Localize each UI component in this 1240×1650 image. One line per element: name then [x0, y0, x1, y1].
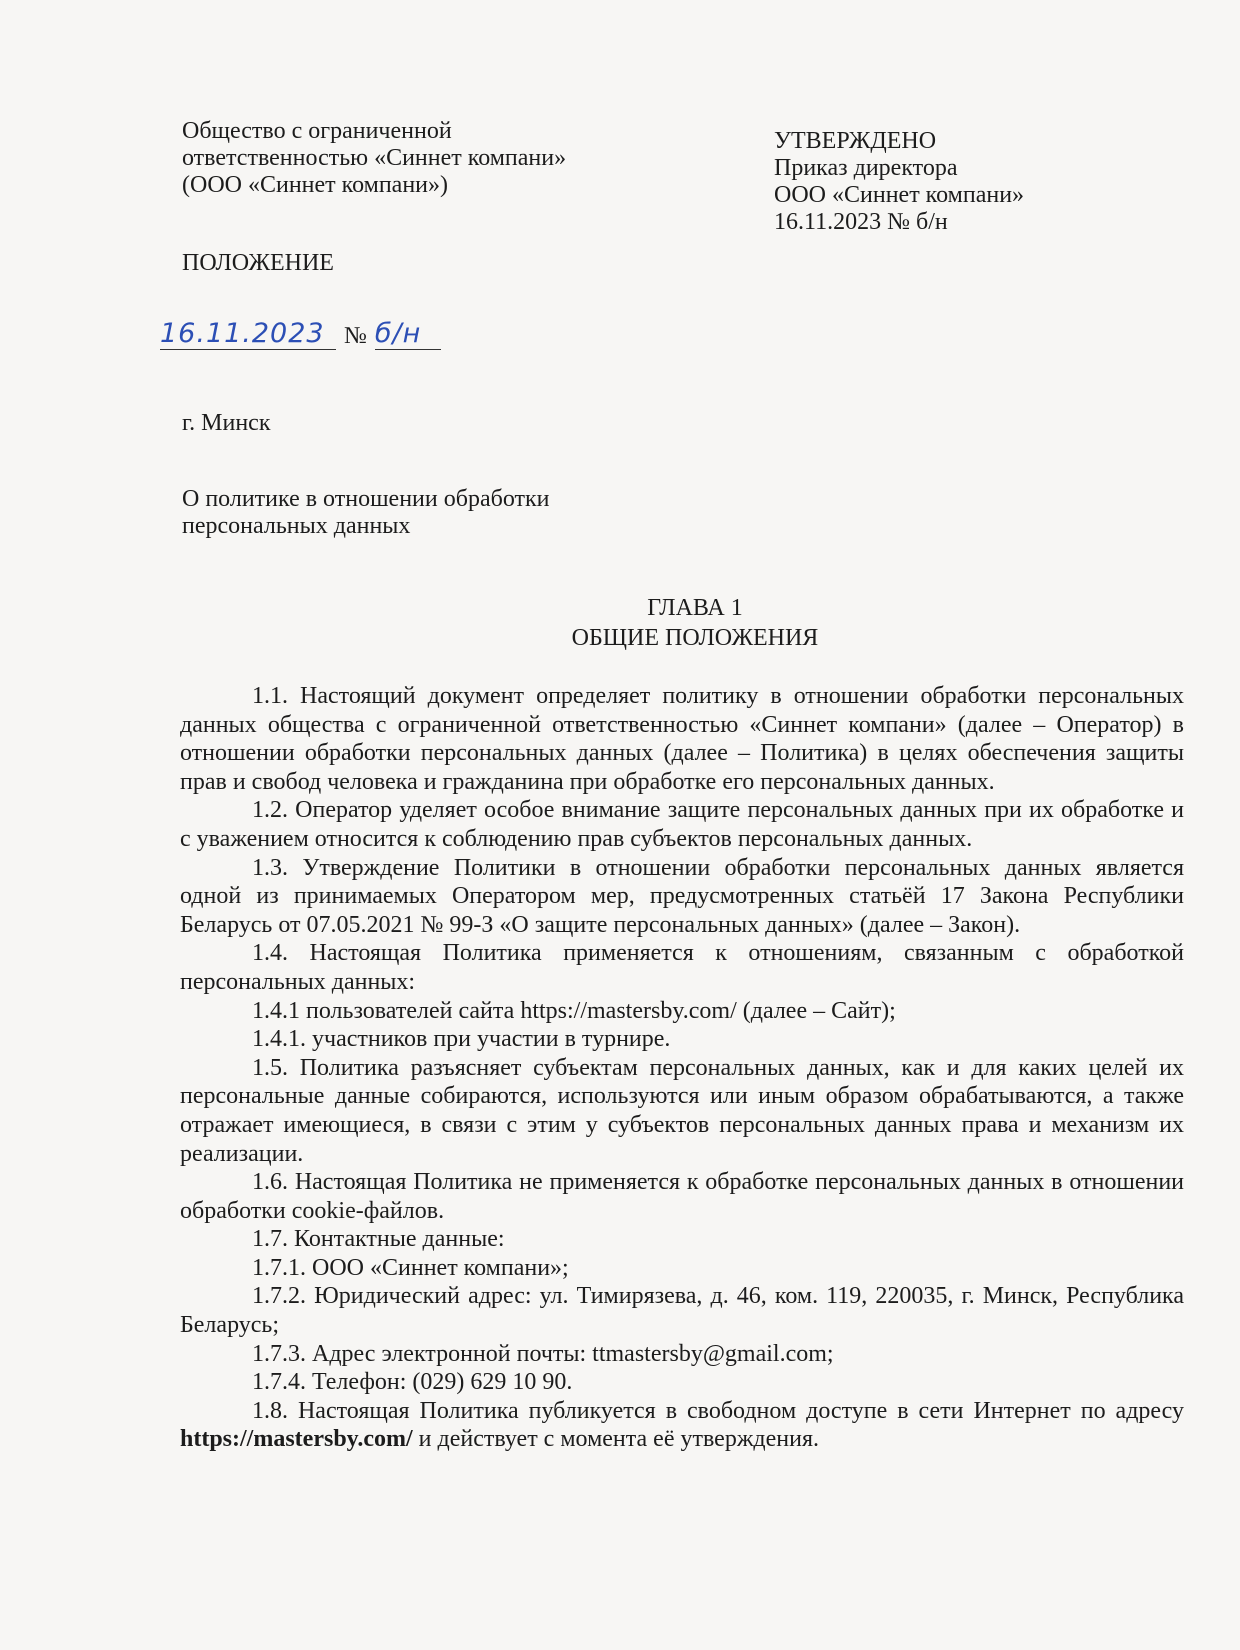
- website-link[interactable]: https://mastersby.com/: [180, 1426, 413, 1452]
- number-symbol: №: [344, 323, 367, 350]
- document-type: ПОЛОЖЕНИЕ: [182, 250, 334, 277]
- paragraph-1-6: 1.6. Настоящая Политика не применяется к…: [180, 1168, 1184, 1225]
- approval-line: УТВЕРЖДЕНО: [774, 128, 1024, 155]
- subject-line: персональных данных: [182, 513, 550, 540]
- paragraph-1-4-1-site-users: 1.4.1 пользователей сайта https://master…: [180, 997, 1184, 1026]
- paragraph-1-7: 1.7. Контактные данные:: [180, 1225, 1184, 1254]
- approval-line: ООО «Синнет компани»: [774, 182, 1024, 209]
- document-subject: О политике в отношении обработки персона…: [182, 486, 550, 540]
- chapter-heading: ГЛАВА 1 ОБЩИЕ ПОЛОЖЕНИЯ: [0, 593, 1240, 653]
- approval-block: УТВЕРЖДЕНО Приказ директора ООО «Синнет …: [774, 128, 1024, 236]
- paragraph-1-3: 1.3. Утверждение Политики в отношении об…: [180, 854, 1184, 940]
- paragraph-1-7-4: 1.7.4. Телефон: (029) 629 10 90.: [180, 1368, 1184, 1397]
- paragraph-1-7-1: 1.7.1. ООО «Синнет компани»;: [180, 1254, 1184, 1283]
- paragraph-1-5: 1.5. Политика разъясняет субъектам персо…: [180, 1054, 1184, 1168]
- handwritten-date: 16.11.2023: [160, 318, 336, 350]
- organization-line: (ООО «Синнет компани»): [182, 172, 566, 199]
- approval-line: 16.11.2023 № б/н: [774, 209, 1024, 236]
- paragraph-1-4-1-participants: 1.4.1. участников при участии в турнире.: [180, 1025, 1184, 1054]
- paragraph-1-8-text: 1.8. Настоящая Политика публикуется в св…: [252, 1398, 1184, 1424]
- paragraph-1-8: 1.8. Настоящая Политика публикуется в св…: [180, 1397, 1184, 1454]
- document-body: 1.1. Настоящий документ определяет полит…: [180, 682, 1184, 1454]
- paragraph-1-1: 1.1. Настоящий документ определяет полит…: [180, 682, 1184, 796]
- organization-line: ответственностью «Синнет компани»: [182, 145, 566, 172]
- document-page: Общество с ограниченной ответственностью…: [0, 0, 1240, 1650]
- handwritten-number: б/н: [375, 318, 441, 350]
- chapter-number: ГЛАВА 1: [0, 593, 1240, 623]
- organization-block: Общество с ограниченной ответственностью…: [182, 118, 566, 199]
- organization-line: Общество с ограниченной: [182, 118, 566, 145]
- paragraph-1-7-2: 1.7.2. Юридический адрес: ул. Тимирязева…: [180, 1282, 1184, 1339]
- subject-line: О политике в отношении обработки: [182, 486, 550, 513]
- registration-line: 16.11.2023 № б/н: [160, 318, 441, 350]
- paragraph-1-7-3: 1.7.3. Адрес электронной почты: ttmaster…: [180, 1340, 1184, 1369]
- approval-line: Приказ директора: [774, 155, 1024, 182]
- paragraph-1-8-tail: и действует с момента её утверждения.: [413, 1426, 819, 1452]
- paragraph-1-4: 1.4. Настоящая Политика применяется к от…: [180, 939, 1184, 996]
- chapter-title: ОБЩИЕ ПОЛОЖЕНИЯ: [0, 623, 1240, 653]
- city: г. Минск: [182, 410, 270, 437]
- paragraph-1-2: 1.2. Оператор уделяет особое внимание за…: [180, 796, 1184, 853]
